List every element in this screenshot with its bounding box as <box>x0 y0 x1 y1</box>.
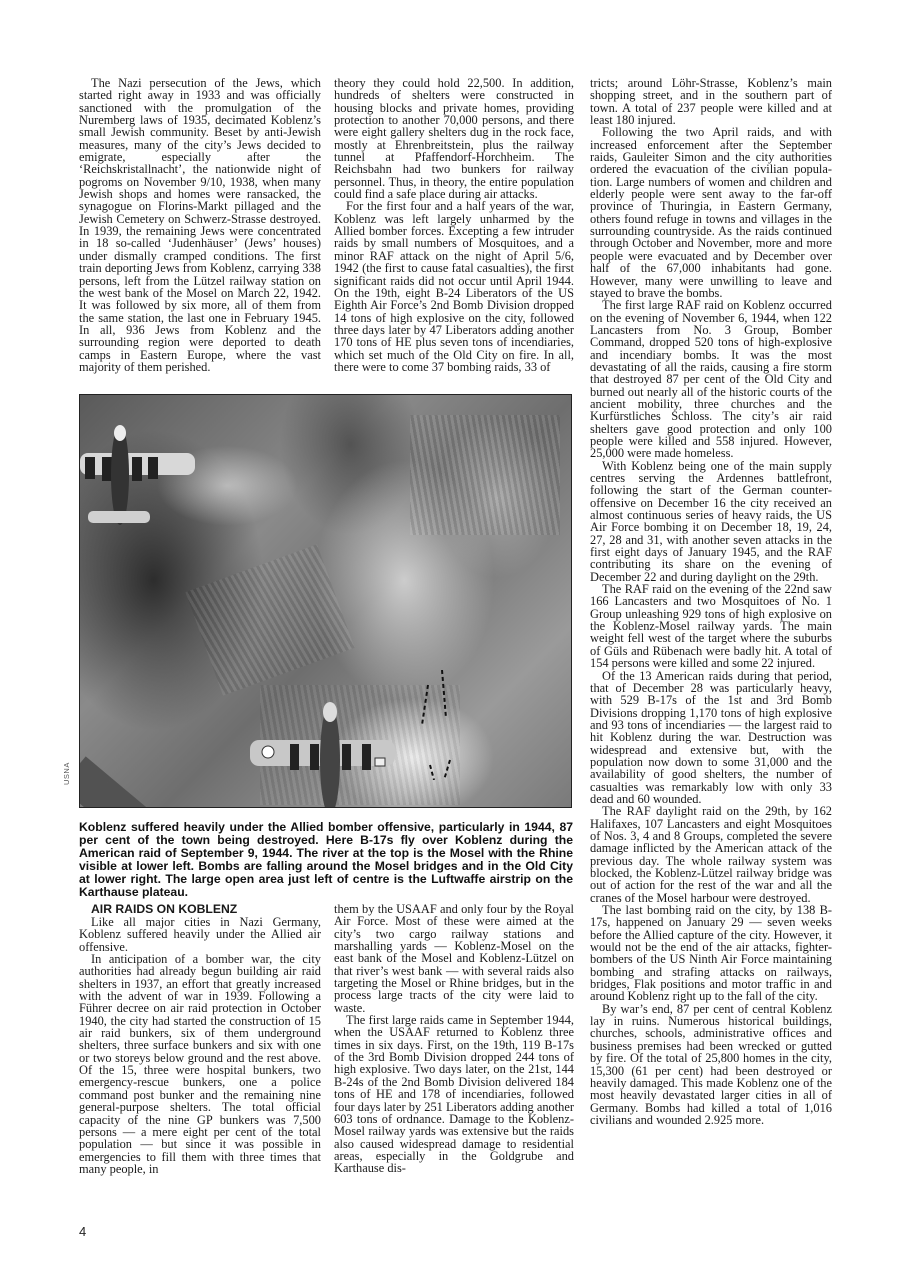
article-column-3: tricts; around Löhr-Strasse, Koblenz’s m… <box>590 77 832 1126</box>
photo-credit: USNA <box>62 762 71 785</box>
aerial-photo <box>79 394 572 808</box>
body-paragraph: By war’s end, 87 per cent of central Kob… <box>590 1003 832 1126</box>
body-paragraph-continued: theory they could hold 22,500. In additi… <box>334 77 574 200</box>
falling-bombs-icon <box>420 670 460 780</box>
b17-bomber-icon <box>250 700 400 808</box>
article-column-1-top: The Nazi persecution of the Jews, which … <box>79 77 321 373</box>
body-paragraph-continued: tricts; around Löhr-Strasse, Koblenz’s m… <box>590 77 832 126</box>
page-number: 4 <box>79 1224 86 1239</box>
body-paragraph: The Nazi persecution of the Jews, which … <box>79 77 321 373</box>
b17-bomber-icon <box>80 425 200 535</box>
body-paragraph: Like all major cities in Nazi Germany, K… <box>79 916 321 953</box>
body-paragraph: The RAF raid on the evening of the 22nd … <box>590 583 832 669</box>
body-paragraph: The RAF daylight raid on the 29th, by 16… <box>590 805 832 904</box>
photo-caption: Koblenz suffered heavily under the Allie… <box>79 821 573 900</box>
article-column-2-top: theory they could hold 22,500. In additi… <box>334 77 574 373</box>
body-paragraph-continued: them by the USAAF and only four by the R… <box>334 903 574 1014</box>
article-column-1-bottom: AIR RAIDS ON KOBLENZ Like all major citi… <box>79 903 321 1175</box>
airstrip-texture <box>185 544 354 695</box>
body-paragraph: For the first four and a half years of t… <box>334 200 574 373</box>
fields-texture <box>410 415 560 535</box>
body-paragraph: The first large raids came in September … <box>334 1014 574 1174</box>
body-paragraph: Following the two April raids, and with … <box>590 126 832 299</box>
body-paragraph: The first large RAF raid on Koblenz occu… <box>590 299 832 459</box>
body-paragraph: The last bombing raid on the city, by 13… <box>590 904 832 1003</box>
body-paragraph: Of the 13 American raids during that per… <box>590 670 832 806</box>
body-paragraph: With Koblenz being one of the main suppl… <box>590 460 832 583</box>
article-column-2-bottom: them by the USAAF and only four by the R… <box>334 903 574 1175</box>
body-paragraph: In anticipation of a bomber war, the cit… <box>79 953 321 1175</box>
